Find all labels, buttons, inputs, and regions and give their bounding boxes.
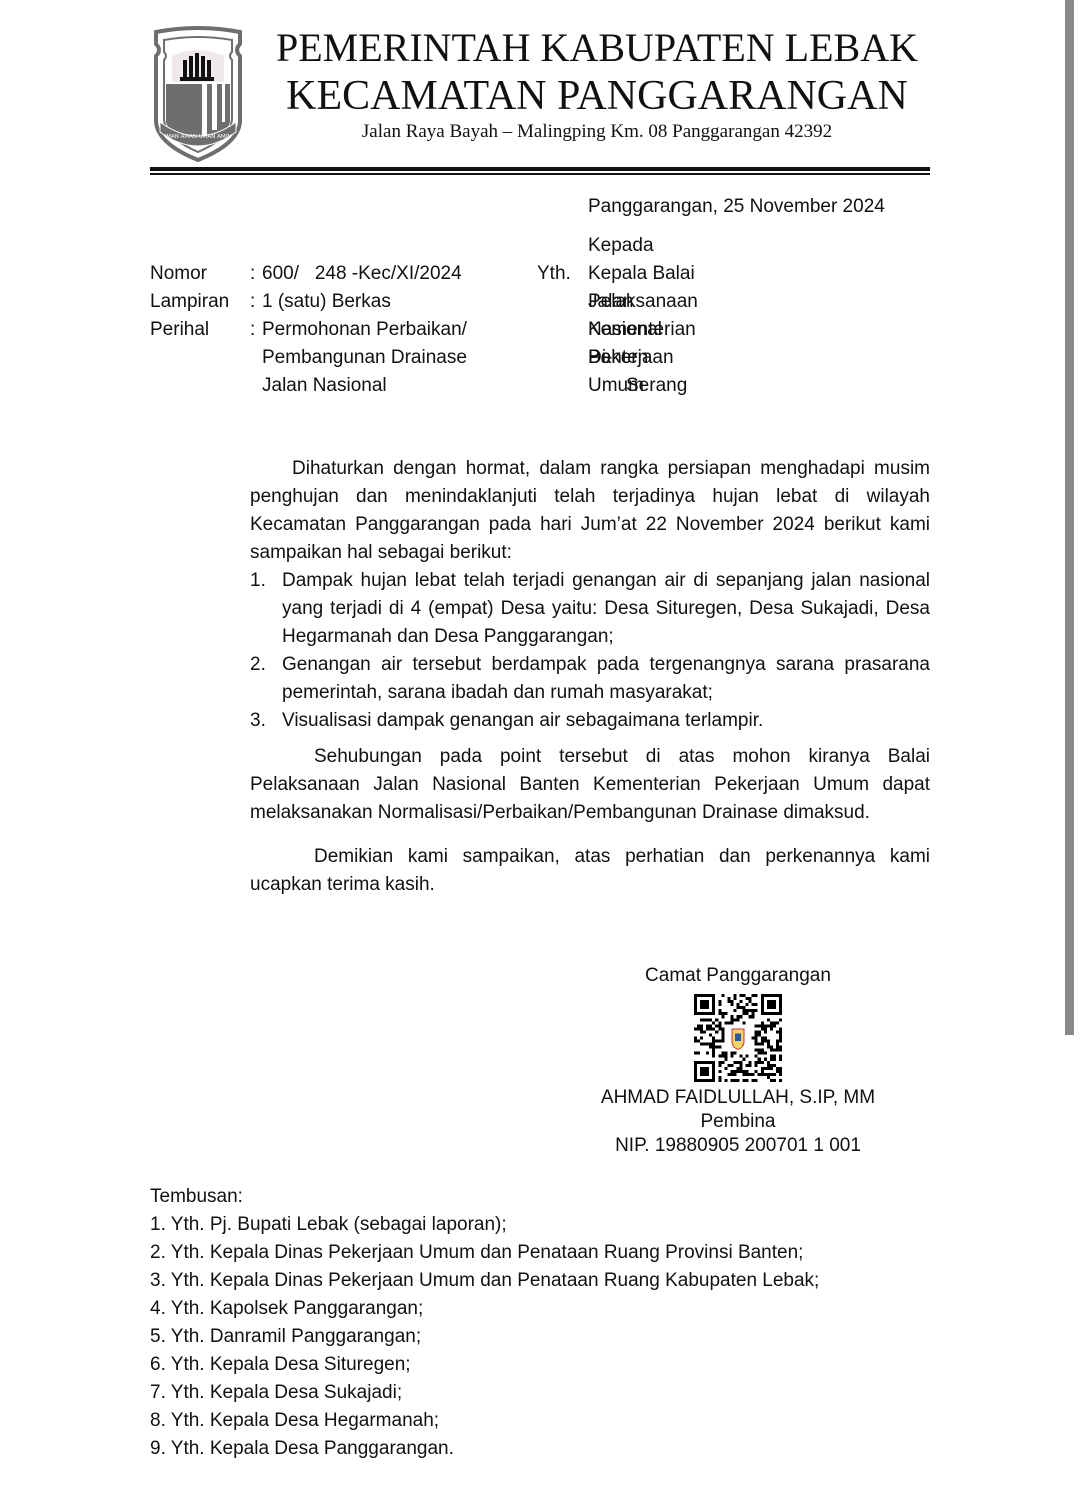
meta-colon: :	[250, 288, 255, 316]
meta-value-perihal: Permohonan Perbaikan/	[262, 316, 467, 344]
carbon-copy-list: 1. Yth. Pj. Bupati Lebak (sebagai lapora…	[150, 1211, 819, 1463]
carbon-copy-item: 5. Yth. Danramil Panggarangan;	[150, 1323, 819, 1351]
list-item: 1.Dampak hujan lebat telah terjadi genan…	[250, 567, 930, 651]
carbon-copy-item: 4. Yth. Kapolsek Panggarangan;	[150, 1295, 819, 1323]
signatory-name: AHMAD FAIDLULLAH, S.IP, MM	[560, 1086, 916, 1110]
request-paragraph: Sehubungan pada point tersebut di atas m…	[250, 743, 930, 827]
meta-label: Nomor	[150, 260, 207, 288]
recipient-yth: Yth.	[537, 260, 571, 288]
carbon-copy-item: 7. Yth. Kepala Desa Sukajadi;	[150, 1379, 819, 1407]
letter-date: Panggarangan, 25 November 2024	[588, 193, 885, 221]
list-number: 2.	[250, 651, 266, 679]
letterhead-divider-thin	[150, 173, 930, 175]
signatory-block: AHMAD FAIDLULLAH, S.IP, MM Pembina NIP. …	[560, 1086, 916, 1158]
carbon-copy-item: 1. Yth. Pj. Bupati Lebak (sebagai lapora…	[150, 1211, 819, 1239]
carbon-copy-section: Tembusan: 1. Yth. Pj. Bupati Lebak (seba…	[150, 1183, 819, 1463]
qr-code-icon	[694, 994, 782, 1082]
letterhead-address: Jalan Raya Bayah – Malingping Km. 08 Pan…	[262, 120, 932, 144]
meta-colon: :	[250, 316, 255, 344]
meta-label: Perihal	[150, 316, 209, 344]
meta-label: Lampiran	[150, 288, 229, 316]
meta-value-nomor: 600/ 248 -Kec/XI/2024	[262, 260, 462, 288]
list-text: Visualisasi dampak genangan air sebagaim…	[282, 710, 763, 731]
recipient-city: Serang	[626, 372, 687, 400]
list-number: 1.	[250, 567, 266, 595]
recipient-kepada: Kepada	[588, 232, 654, 260]
carbon-copy-item: 9. Yth. Kepala Desa Panggarangan.	[150, 1435, 819, 1463]
letterhead-district-name: KECAMATAN PANGGARANGAN	[262, 72, 932, 120]
carbon-copy-item: 8. Yth. Kepala Desa Hegarmanah;	[150, 1407, 819, 1435]
list-number: 3.	[250, 707, 266, 735]
closing-paragraph: Demikian kami sampaikan, atas perhatian …	[250, 843, 930, 899]
points-list: 1.Dampak hujan lebat telah terjadi genan…	[250, 567, 930, 735]
letterhead-divider-thick	[150, 167, 930, 171]
recipient-line: Di-	[588, 344, 612, 372]
meta-colon: :	[250, 260, 255, 288]
signature-title: Camat Panggarangan	[560, 964, 916, 988]
meta-value-lampiran: 1 (satu) Berkas	[262, 288, 391, 316]
opening-paragraph: Dihaturkan dengan hormat, dalam rangka p…	[250, 455, 930, 567]
svg-text:IMAN AMAN UMAN AMIN: IMAN AMAN UMAN AMIN	[165, 134, 232, 140]
carbon-copy-heading: Tembusan:	[150, 1183, 819, 1211]
regency-crest-icon: IMAN AMAN UMAN AMIN	[150, 26, 246, 164]
carbon-copy-item: 3. Yth. Kepala Dinas Pekerjaan Umum dan …	[150, 1267, 819, 1295]
list-item: 3.Visualisasi dampak genangan air sebaga…	[250, 707, 930, 735]
meta-value-perihal-3: Jalan Nasional	[262, 372, 387, 400]
signatory-rank: Pembina	[560, 1110, 916, 1134]
carbon-copy-item: 6. Yth. Kepala Desa Situregen;	[150, 1351, 819, 1379]
list-text: Genangan air tersebut berdampak pada ter…	[282, 654, 930, 703]
list-item: 2.Genangan air tersebut berdampak pada t…	[250, 651, 930, 707]
carbon-copy-item: 2. Yth. Kepala Dinas Pekerjaan Umum dan …	[150, 1239, 819, 1267]
signatory-nip: NIP. 19880905 200701 1 001	[560, 1134, 916, 1158]
letterhead-government-name: PEMERINTAH KABUPATEN LEBAK	[262, 26, 932, 70]
list-text: Dampak hujan lebat telah terjadi genanga…	[282, 570, 930, 647]
meta-value-perihal-2: Pembangunan Drainase	[262, 344, 467, 372]
letter-body: Dihaturkan dengan hormat, dalam rangka p…	[250, 455, 930, 899]
scrollbar[interactable]	[1065, 0, 1074, 1035]
